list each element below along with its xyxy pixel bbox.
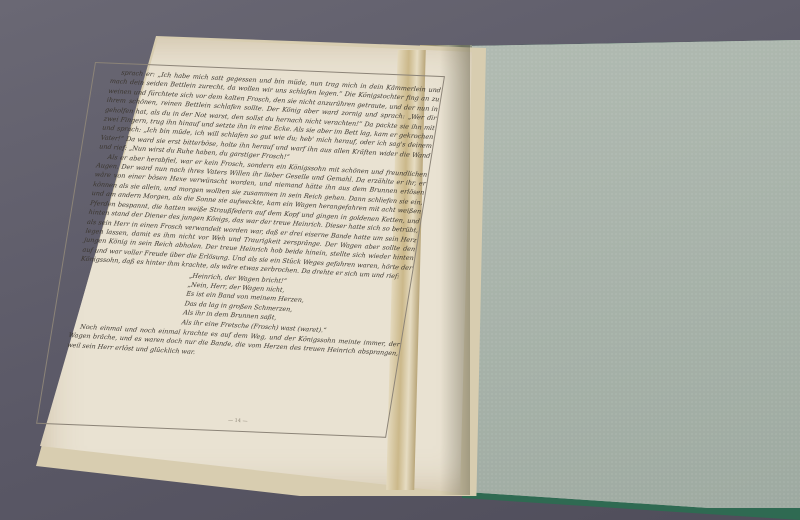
paragraph: Als er aber herabfiel, war er kein Frosc… bbox=[80, 152, 428, 282]
gutter-shadow bbox=[440, 45, 470, 495]
page-text: sprach er: „Ich habe mich satt gegessen … bbox=[66, 68, 441, 368]
page-number: — 14 — bbox=[228, 417, 248, 424]
marbled-endpaper bbox=[466, 40, 800, 508]
